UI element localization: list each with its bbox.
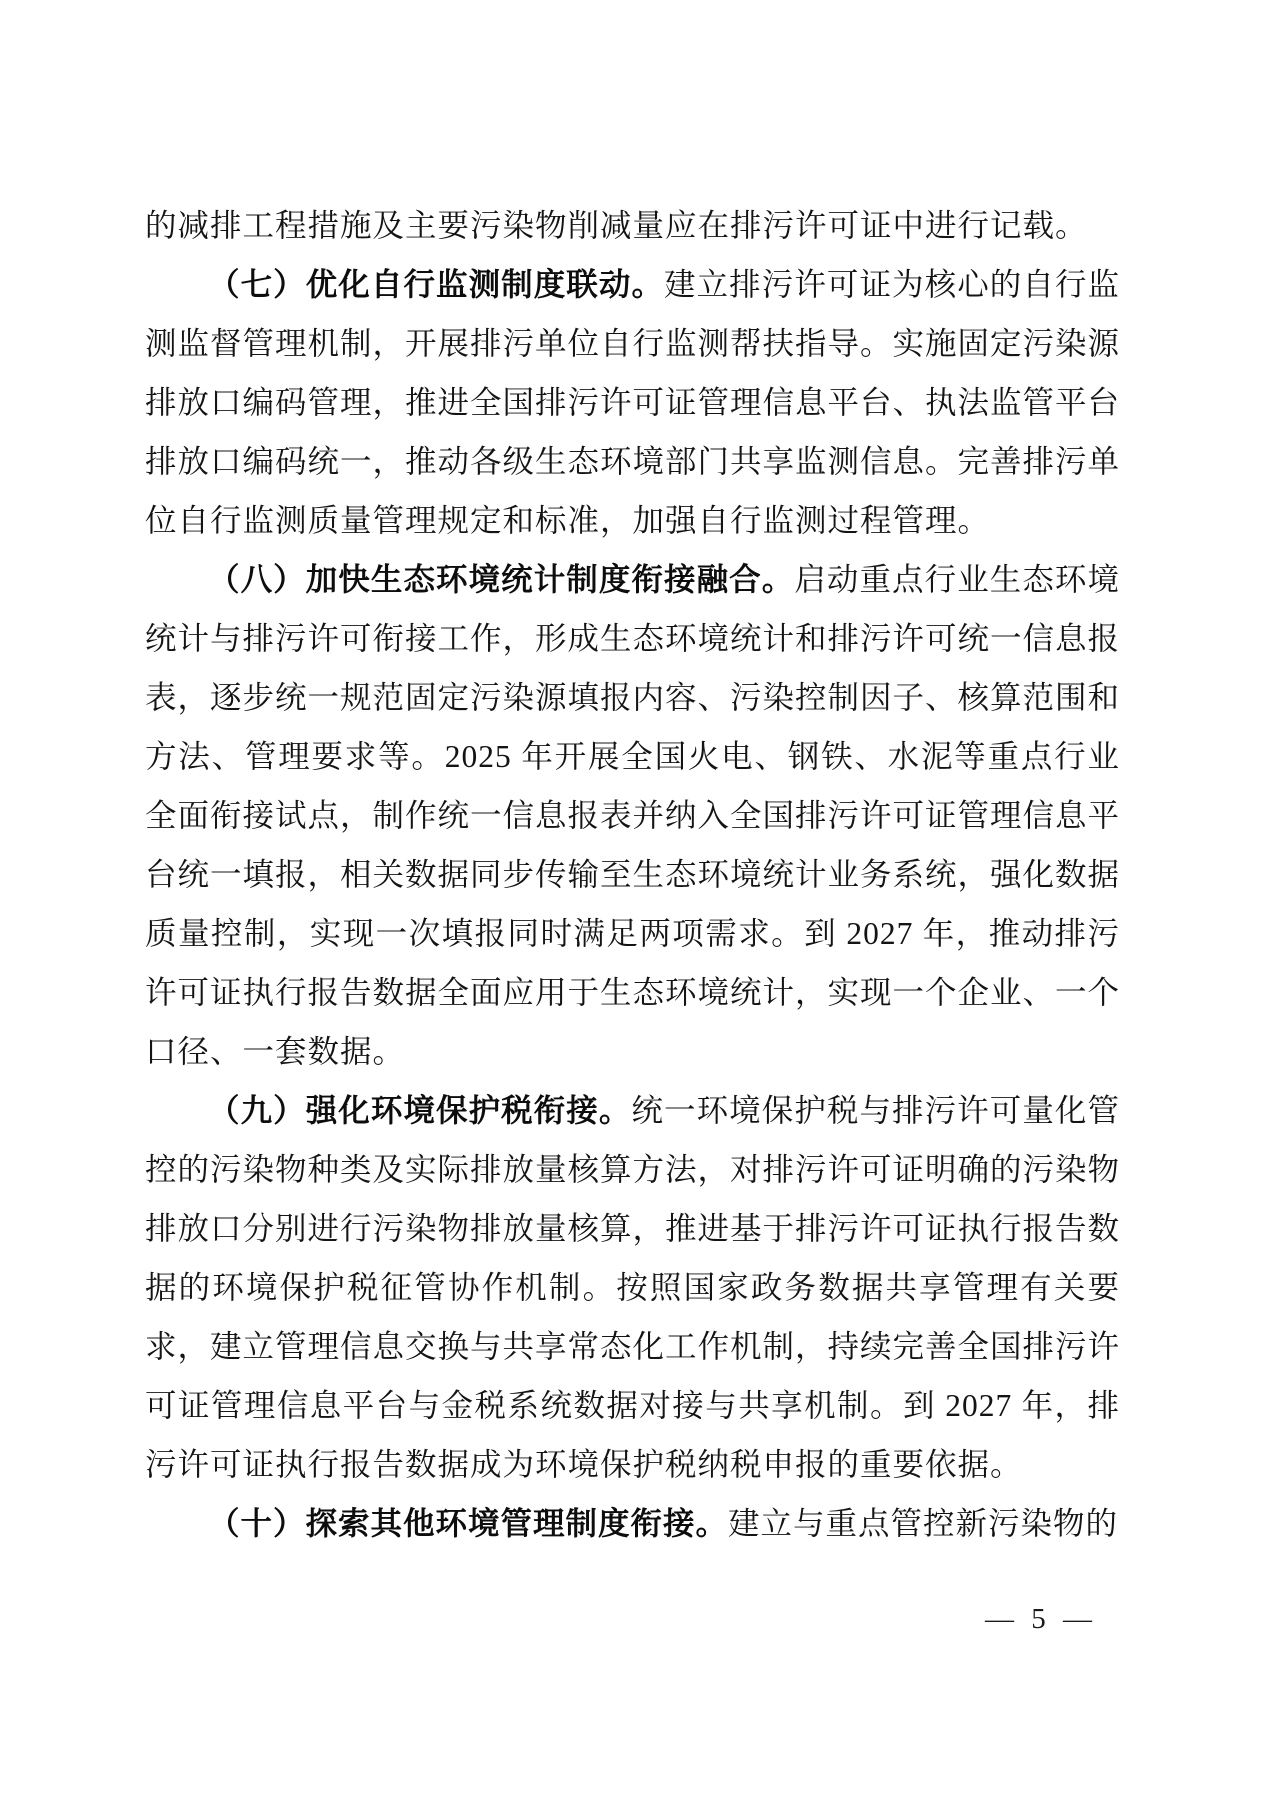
document-page: 的减排工程措施及主要污染物削减量应在排污许可证中进行记载。（七）优化自行监测制度… — [0, 0, 1280, 1810]
section-body-text: 启动重点行业生态环境统计与排污许可衔接工作，形成生态环境统计和排污许可统一信息报… — [145, 562, 1120, 1069]
section-heading: （十）探索其他环境管理制度衔接。 — [208, 1506, 728, 1541]
section-heading: （九）强化环境保护税衔接。 — [208, 1093, 631, 1128]
document-body: 的减排工程措施及主要污染物削减量应在排污许可证中进行记载。（七）优化自行监测制度… — [145, 196, 1120, 1553]
page-number: — 5 — — [985, 1603, 1145, 1636]
section-body-text: 的减排工程措施及主要污染物削减量应在排污许可证中进行记载。 — [145, 208, 1088, 243]
section-heading: （八）加快生态环境统计制度衔接融合。 — [208, 562, 794, 597]
section-body-text: 建立排污许可证为核心的自行监测监督管理机制，开展排污单位自行监测帮扶指导。实施固… — [145, 267, 1120, 538]
paragraph-continuation: 的减排工程措施及主要污染物削减量应在排污许可证中进行记载。 — [145, 196, 1120, 255]
paragraph-section: （九）强化环境保护税衔接。统一环境保护税与排污许可量化管控的污染物种类及实际排放… — [145, 1081, 1120, 1494]
paragraph-section: （七）优化自行监测制度联动。建立排污许可证为核心的自行监测监督管理机制，开展排污… — [145, 255, 1120, 550]
section-body-text: 统一环境保护税与排污许可量化管控的污染物种类及实际排放量核算方法，对排污许可证明… — [145, 1093, 1120, 1482]
section-heading: （七）优化自行监测制度联动。 — [208, 267, 664, 302]
paragraph-section: （十）探索其他环境管理制度衔接。建立与重点管控新污染物的 — [145, 1494, 1120, 1553]
section-body-text: 建立与重点管控新污染物的 — [728, 1506, 1118, 1541]
paragraph-section: （八）加快生态环境统计制度衔接融合。启动重点行业生态环境统计与排污许可衔接工作，… — [145, 550, 1120, 1081]
